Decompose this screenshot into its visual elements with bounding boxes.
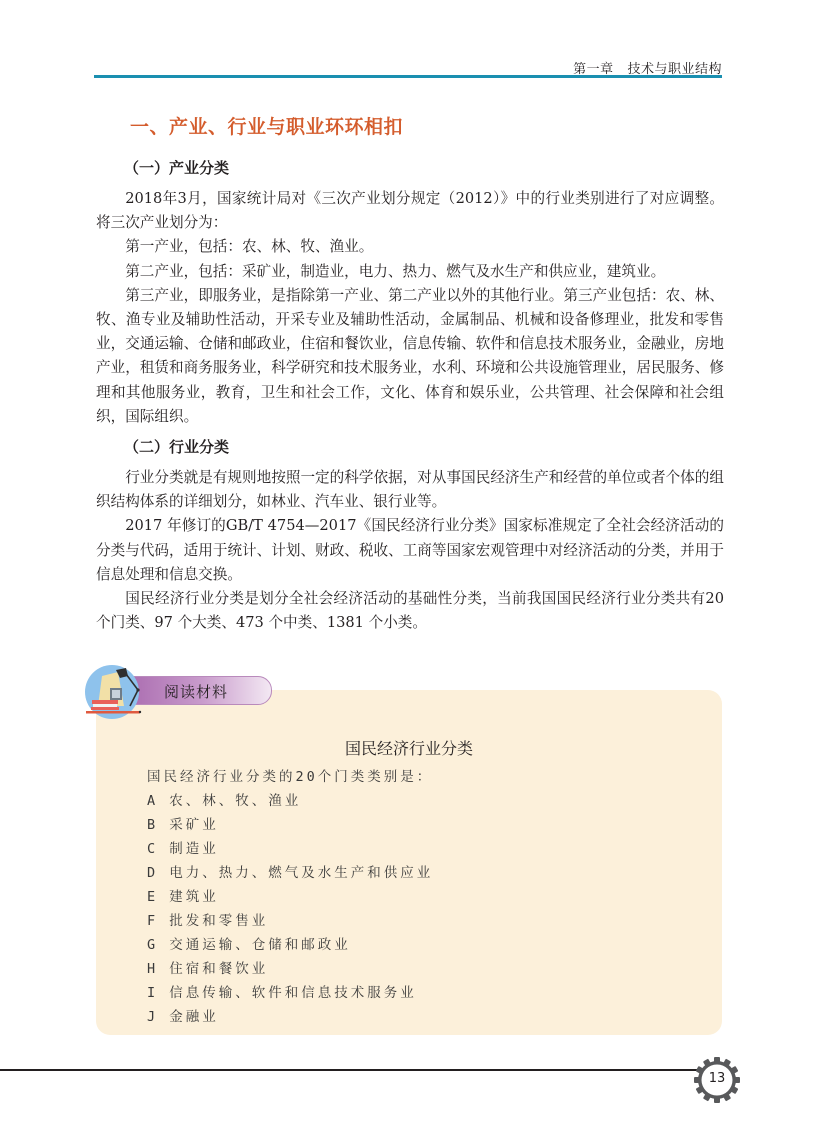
subsection-body-industry: 2018年3月，国家统计局对《三次产业划分规定（2012）》中的行业类别进行了对… <box>96 187 724 429</box>
reading-material-title: 国民经济行业分类 <box>96 736 722 759</box>
list-item: D 电力、热力、燃气及水生产和供应业 <box>147 861 433 885</box>
reading-intro: 国民经济行业分类的20个门类类别是： <box>147 765 433 789</box>
list-item: I 信息传输、软件和信息技术服务业 <box>147 981 433 1005</box>
list-item: C 制造业 <box>147 837 433 861</box>
desk-lamp-books-icon <box>84 662 144 722</box>
paragraph: 第一产业，包括：农、林、牧、渔业。 <box>96 235 724 259</box>
page-number: 13 <box>694 1071 740 1086</box>
paragraph: 行业分类就是有规则地按照一定的科学依据，对从事国民经济生产和经营的单位或者个体的… <box>96 466 724 514</box>
paragraph: 2018年3月，国家统计局对《三次产业划分规定（2012）》中的行业类别进行了对… <box>96 187 724 235</box>
paragraph: 第二产业，包括：采矿业，制造业，电力、热力、燃气及水生产和供应业，建筑业。 <box>96 260 724 284</box>
reading-material-tab-label: 阅读材料 <box>164 681 228 702</box>
header-rule <box>94 75 722 78</box>
list-item: G 交通运输、仓储和邮政业 <box>147 933 433 957</box>
subsection-heading-industry: （一）产业分类 <box>124 157 229 178</box>
list-item: F 批发和零售业 <box>147 909 433 933</box>
paragraph: 国民经济行业分类是划分全社会经济活动的基础性分类，当前我国国民经济行业分类共有2… <box>96 587 724 635</box>
subsection-body-sector: 行业分类就是有规则地按照一定的科学依据，对从事国民经济生产和经营的单位或者个体的… <box>96 466 724 635</box>
list-item: B 采矿业 <box>147 813 433 837</box>
footer-rule <box>0 1069 700 1071</box>
list-item: J 金融业 <box>147 1005 433 1029</box>
list-item: H 住宿和餐饮业 <box>147 957 433 981</box>
list-item: E 建筑业 <box>147 885 433 909</box>
paragraph: 2017 年修订的GB/T 4754—2017《国民经济行业分类》国家标准规定了… <box>96 514 724 587</box>
subsection-heading-sector: （二）行业分类 <box>124 436 229 457</box>
reading-material-list: 国民经济行业分类的20个门类类别是： A 农、林、牧、渔业 B 采矿业 C 制造… <box>147 765 433 1029</box>
list-item: A 农、林、牧、渔业 <box>147 789 433 813</box>
paragraph: 第三产业，即服务业，是指除第一产业、第二产业以外的其他行业。第三产业包括：农、林… <box>96 284 724 429</box>
section-title: 一、产业、行业与职业环环相扣 <box>130 112 403 139</box>
